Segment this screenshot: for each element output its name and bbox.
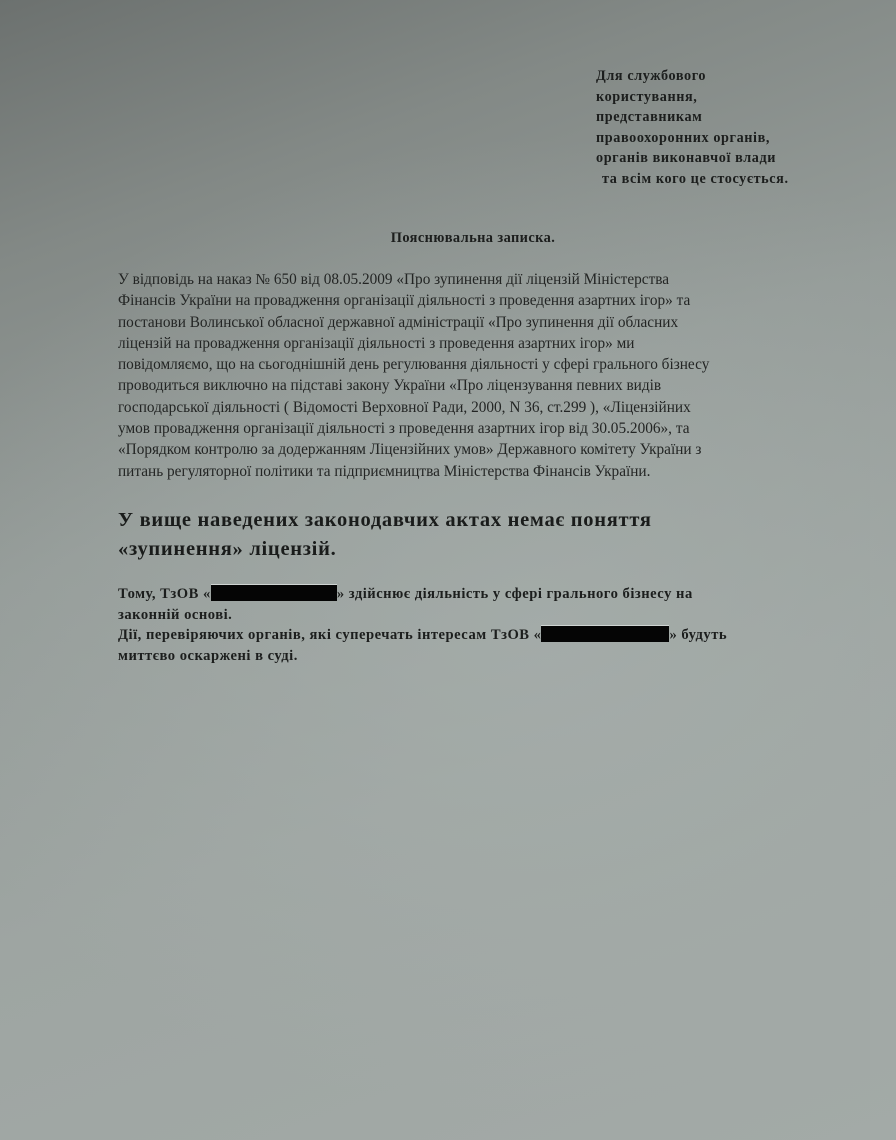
body-line: ліцензій на провадження організації діял…: [118, 333, 864, 354]
addressee-block: Для службового користування, представник…: [596, 66, 789, 189]
body-line: Фінансів України на провадження організа…: [118, 290, 864, 311]
conclusion-text: Дії, перевіряючих органів, які суперечат…: [118, 627, 541, 643]
conclusion-text: Тому, ТзОВ «: [118, 586, 211, 602]
emphasis-line: У вище наведених законодавчих актах нема…: [118, 506, 652, 535]
addressee-line: та всім кого це стосується.: [596, 169, 789, 190]
redacted-company-name: [541, 625, 669, 642]
addressee-line: Для службового: [596, 66, 789, 87]
body-line: «Порядком контролю за додержанням Ліценз…: [118, 439, 864, 460]
body-line: питань регуляторної політики та підприєм…: [118, 461, 864, 482]
conclusion-line: законній основі.: [118, 605, 727, 626]
body-line: господарської діяльності ( Відомості Вер…: [118, 397, 864, 418]
addressee-line: органів виконавчої влади: [596, 148, 789, 169]
body-line: проводиться виключно на підставі закону …: [118, 375, 864, 396]
conclusion-paragraph: Тому, ТзОВ «» здійснює діяльність у сфер…: [118, 584, 727, 666]
conclusion-text: » будуть: [669, 627, 727, 643]
conclusion-line: Дії, перевіряючих органів, які суперечат…: [118, 625, 727, 646]
body-line: умов провадження організації діяльності …: [118, 418, 864, 439]
conclusion-line: миттєво оскаржені в суді.: [118, 646, 727, 667]
body-line: постанови Волинської обласної державної …: [118, 312, 864, 333]
body-line: У відповідь на наказ № 650 від 08.05.200…: [118, 269, 864, 290]
addressee-line: користування,: [596, 87, 789, 108]
addressee-line: правоохоронних органів,: [596, 128, 789, 149]
emphasis-line: «зупинення» ліцензій.: [118, 535, 652, 564]
conclusion-line: Тому, ТзОВ «» здійснює діяльність у сфер…: [118, 584, 727, 605]
emphasis-statement: У вище наведених законодавчих актах нема…: [118, 506, 652, 564]
body-paragraph: У відповідь на наказ № 650 від 08.05.200…: [118, 269, 864, 482]
addressee-line: представникам: [596, 107, 789, 128]
document-title: Пояснювальна записка.: [0, 230, 896, 247]
conclusion-text: » здійснює діяльність у сфері грального …: [337, 586, 693, 602]
redacted-company-name: [211, 584, 337, 601]
body-line: повідомляємо, що на сьогоднішній день ре…: [118, 354, 864, 375]
document-page: Для службового користування, представник…: [0, 0, 896, 1140]
